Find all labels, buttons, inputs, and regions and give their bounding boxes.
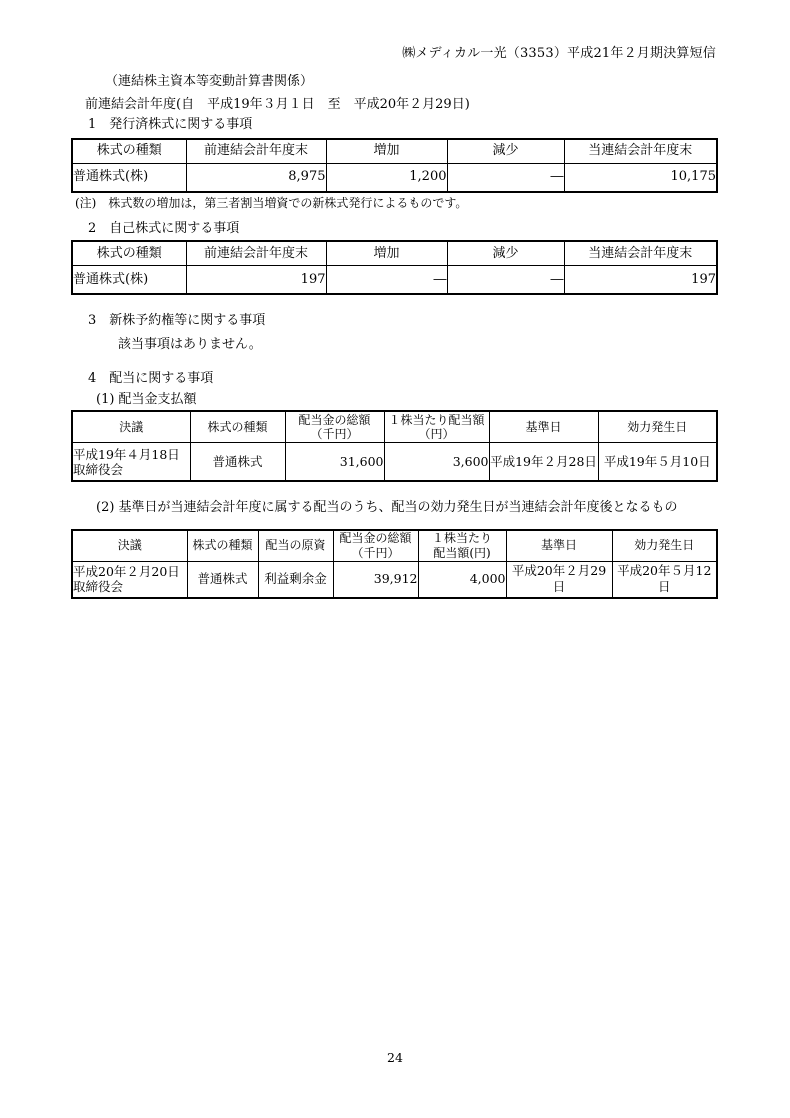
col-header-resolution: 決議 — [72, 411, 190, 443]
cell-dividend-source: 利益剰余金 — [258, 561, 333, 598]
cell-total-dividends: 39,912 — [333, 561, 418, 598]
col-header-increase: 増加 — [326, 139, 447, 164]
col-header-record-date: 基準日 — [489, 411, 598, 443]
col-header-stock-type: 株式の種類 — [72, 139, 186, 164]
col-header-effective-date: 効力発生日 — [612, 530, 717, 562]
col-header-decrease: 減少 — [447, 139, 564, 164]
dividends-after-period-table: 決議 株式の種類 配当の原資 配当金の総額 （千円） １株当たり 配当額(円) … — [71, 529, 718, 599]
section2-title: 2 自己株式に関する事項 — [88, 221, 716, 237]
col-header-current-year-end: 当連結会計年度末 — [564, 241, 717, 266]
col-header-resolution: 決議 — [72, 530, 187, 562]
table-row: 普通株式(株) 8,975 1,200 ― 10,175 — [72, 164, 717, 193]
section4-title: 4 配当に関する事項 — [88, 371, 716, 387]
document-content: ㈱メディカル一光（3353）平成21年２月期決算短信 （連結株主資本等変動計算書… — [71, 46, 716, 599]
col-header-current-year-end: 当連結会計年度末 — [564, 139, 717, 164]
cell-increase: 1,200 — [326, 164, 447, 193]
col-header-dividend-source: 配当の原資 — [258, 530, 333, 562]
table-header-row: 株式の種類 前連結会計年度末 増加 減少 当連結会計年度末 — [72, 139, 717, 164]
dividends-after-period-title: (2) 基準日が当連結会計年度に属する配当のうち、配当の効力発生日が当連結会計年… — [96, 500, 716, 516]
col-header-prev-year-end: 前連結会計年度末 — [186, 139, 326, 164]
table-row: 平成20年２月20日 取締役会 普通株式 利益剰余金 39,912 4,000 … — [72, 561, 717, 598]
col-header-effective-date: 効力発生日 — [598, 411, 717, 443]
section3-title: 3 新株予約権等に関する事項 — [88, 313, 716, 329]
issued-shares-table: 株式の種類 前連結会計年度末 増加 減少 当連結会計年度末 普通株式(株) 8,… — [71, 138, 718, 193]
cell-prev-year-end: 8,975 — [186, 164, 326, 193]
col-header-prev-year-end: 前連結会計年度末 — [186, 241, 326, 266]
fiscal-period-line: 前連結会計年度(自 平成19年３月１日 至 平成20年２月29日) — [85, 97, 716, 113]
col-header-total-dividends: 配当金の総額 （千円） — [285, 411, 384, 443]
col-header-stock-type: 株式の種類 — [190, 411, 285, 443]
cell-resolution: 平成20年２月20日 取締役会 — [72, 561, 187, 598]
cell-effective-date: 平成19年５月10日 — [598, 443, 717, 482]
table-header-row: 株式の種類 前連結会計年度末 増加 減少 当連結会計年度末 — [72, 241, 717, 266]
cell-record-date: 平成19年２月28日 — [489, 443, 598, 482]
page-number: 24 — [0, 1050, 790, 1065]
section3-body: 該当事項はありません。 — [118, 337, 716, 353]
cell-stock-type: 普通株式(株) — [72, 164, 186, 193]
cell-dividend-per-share: 3,600 — [384, 443, 489, 482]
cell-total-dividends: 31,600 — [285, 443, 384, 482]
section1-title: 1 発行済株式に関する事項 — [88, 117, 716, 133]
cell-decrease: ― — [447, 266, 564, 295]
col-header-stock-type: 株式の種類 — [72, 241, 186, 266]
treasury-shares-table: 株式の種類 前連結会計年度末 増加 減少 当連結会計年度末 普通株式(株) 19… — [71, 240, 718, 295]
col-header-stock-type: 株式の種類 — [187, 530, 258, 562]
col-header-decrease: 減少 — [447, 241, 564, 266]
cell-decrease: ― — [447, 164, 564, 193]
cell-dividend-per-share: 4,000 — [418, 561, 506, 598]
cell-record-date: 平成20年２月29日 — [506, 561, 612, 598]
col-header-dividend-per-share: １株当たり 配当額(円) — [418, 530, 506, 562]
table-header-row: 決議 株式の種類 配当の原資 配当金の総額 （千円） １株当たり 配当額(円) … — [72, 530, 717, 562]
cell-resolution: 平成19年４月18日 取締役会 — [72, 443, 190, 482]
cell-stock-type: 普通株式 — [190, 443, 285, 482]
document-page: ㈱メディカル一光（3353）平成21年２月期決算短信 （連結株主資本等変動計算書… — [0, 0, 790, 1118]
cell-current-year-end: 10,175 — [564, 164, 717, 193]
cell-prev-year-end: 197 — [186, 266, 326, 295]
table-row: 普通株式(株) 197 ― ― 197 — [72, 266, 717, 295]
issued-shares-note: (注) 株式数の増加は，第三者割当増資での新株式発行によるものです。 — [75, 196, 716, 211]
col-header-increase: 増加 — [326, 241, 447, 266]
statement-caption: （連結株主資本等変動計算書関係） — [105, 74, 716, 90]
doc-header-title: ㈱メディカル一光（3353）平成21年２月期決算短信 — [71, 46, 716, 62]
table-row: 平成19年４月18日 取締役会 普通株式 31,600 3,600 平成19年２… — [72, 443, 717, 482]
col-header-dividend-per-share: １株当たり配当額 （円） — [384, 411, 489, 443]
dividends-paid-title: (1) 配当金支払額 — [96, 392, 716, 408]
col-header-record-date: 基準日 — [506, 530, 612, 562]
col-header-total-dividends: 配当金の総額 （千円） — [333, 530, 418, 562]
cell-increase: ― — [326, 266, 447, 295]
table-header-row: 決議 株式の種類 配当金の総額 （千円） １株当たり配当額 （円） 基準日 効力… — [72, 411, 717, 443]
cell-effective-date: 平成20年５月12日 — [612, 561, 717, 598]
cell-current-year-end: 197 — [564, 266, 717, 295]
dividends-paid-table: 決議 株式の種類 配当金の総額 （千円） １株当たり配当額 （円） 基準日 効力… — [71, 410, 718, 482]
cell-stock-type: 普通株式(株) — [72, 266, 186, 295]
cell-stock-type: 普通株式 — [187, 561, 258, 598]
